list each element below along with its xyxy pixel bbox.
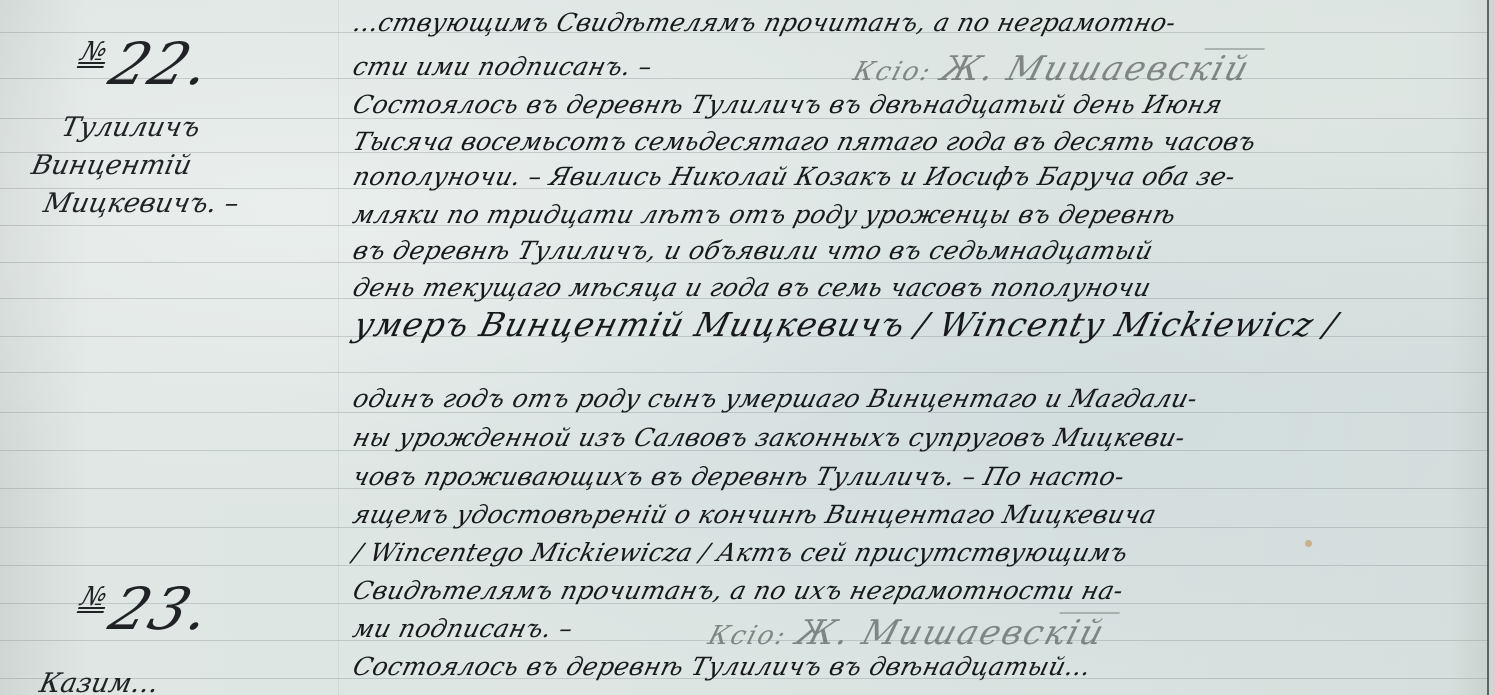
signature-name: Ж. Мишаевскій (937, 49, 1256, 89)
body-line: въ деревнѣ Тулиличъ, и объявили что въ с… (350, 236, 1487, 265)
body-line: Состоялось въ деревнѣ Тулиличъ въ двѣнад… (350, 90, 1487, 119)
margin-given-name: Винцентій (29, 150, 195, 181)
number-sign: № (77, 37, 113, 67)
body-line: човъ проживающихъ въ деревнѣ Тулиличъ. –… (350, 462, 1487, 491)
entry-number-value: 23. (102, 575, 222, 643)
entry-number-23: №23. (67, 575, 222, 643)
priest-signature: Ксіо:Ж. Мишаевскій (849, 48, 1265, 89)
signature-prefix: Ксіо: (850, 57, 936, 87)
body-line: Тысяча восемьсотъ семьдесятаго пятаго го… (350, 127, 1487, 156)
body-line: день текущаго мѣсяца и года въ семь часо… (350, 273, 1487, 302)
body-line: / Wincentego Mickiewicza / Актъ сей прис… (350, 538, 1487, 567)
number-sign: № (77, 582, 113, 612)
register-page: №22. Тулиличъ Винцентій Мицкевичъ. – №23… (0, 0, 1495, 695)
body-line: …ствующимъ Свидѣтелямъ прочитанъ, а по н… (350, 8, 1487, 37)
signature-name: Ж. Мишаевскій (792, 613, 1111, 653)
signature-flourish (1205, 48, 1266, 50)
body-line-deceased-name: умеръ Винцентій Мицкевичъ / Wincenty Mic… (350, 305, 1490, 344)
entry-number-22: №22. (67, 30, 222, 98)
priest-signature: Ксіо:Ж. Мишаевскій (704, 612, 1120, 653)
page-edge-strip (1489, 0, 1495, 695)
body-line: пополуночи. – Явились Николай Козакъ и И… (350, 162, 1487, 191)
signature-flourish (1060, 612, 1121, 614)
body-line: Состоялось въ деревнѣ Тулиличъ въ двѣнад… (350, 652, 1487, 681)
ink-stain (1305, 540, 1312, 547)
entry-number-value: 22. (102, 30, 222, 98)
body-line: ны урожденной изъ Салвовъ законныхъ супр… (350, 423, 1487, 452)
ruled-line (0, 372, 1495, 373)
body-line: одинъ годъ отъ роду сынъ умершаго Винцен… (350, 384, 1487, 413)
signature-prefix: Ксіо: (705, 621, 791, 651)
margin-divider (338, 0, 339, 695)
body-line: мляки по тридцати лѣтъ отъ роду уроженцы… (350, 200, 1487, 229)
body-line: ящемъ удостовѣреній о кончинѣ Винцентаго… (350, 500, 1487, 529)
body-line: Свидѣтелямъ прочитанъ, а по ихъ неграмот… (350, 576, 1487, 605)
margin-surname: Тулиличъ (59, 112, 203, 143)
margin-surname: Казим… (37, 668, 162, 695)
margin-family-name: Мицкевичъ. – (41, 188, 242, 219)
